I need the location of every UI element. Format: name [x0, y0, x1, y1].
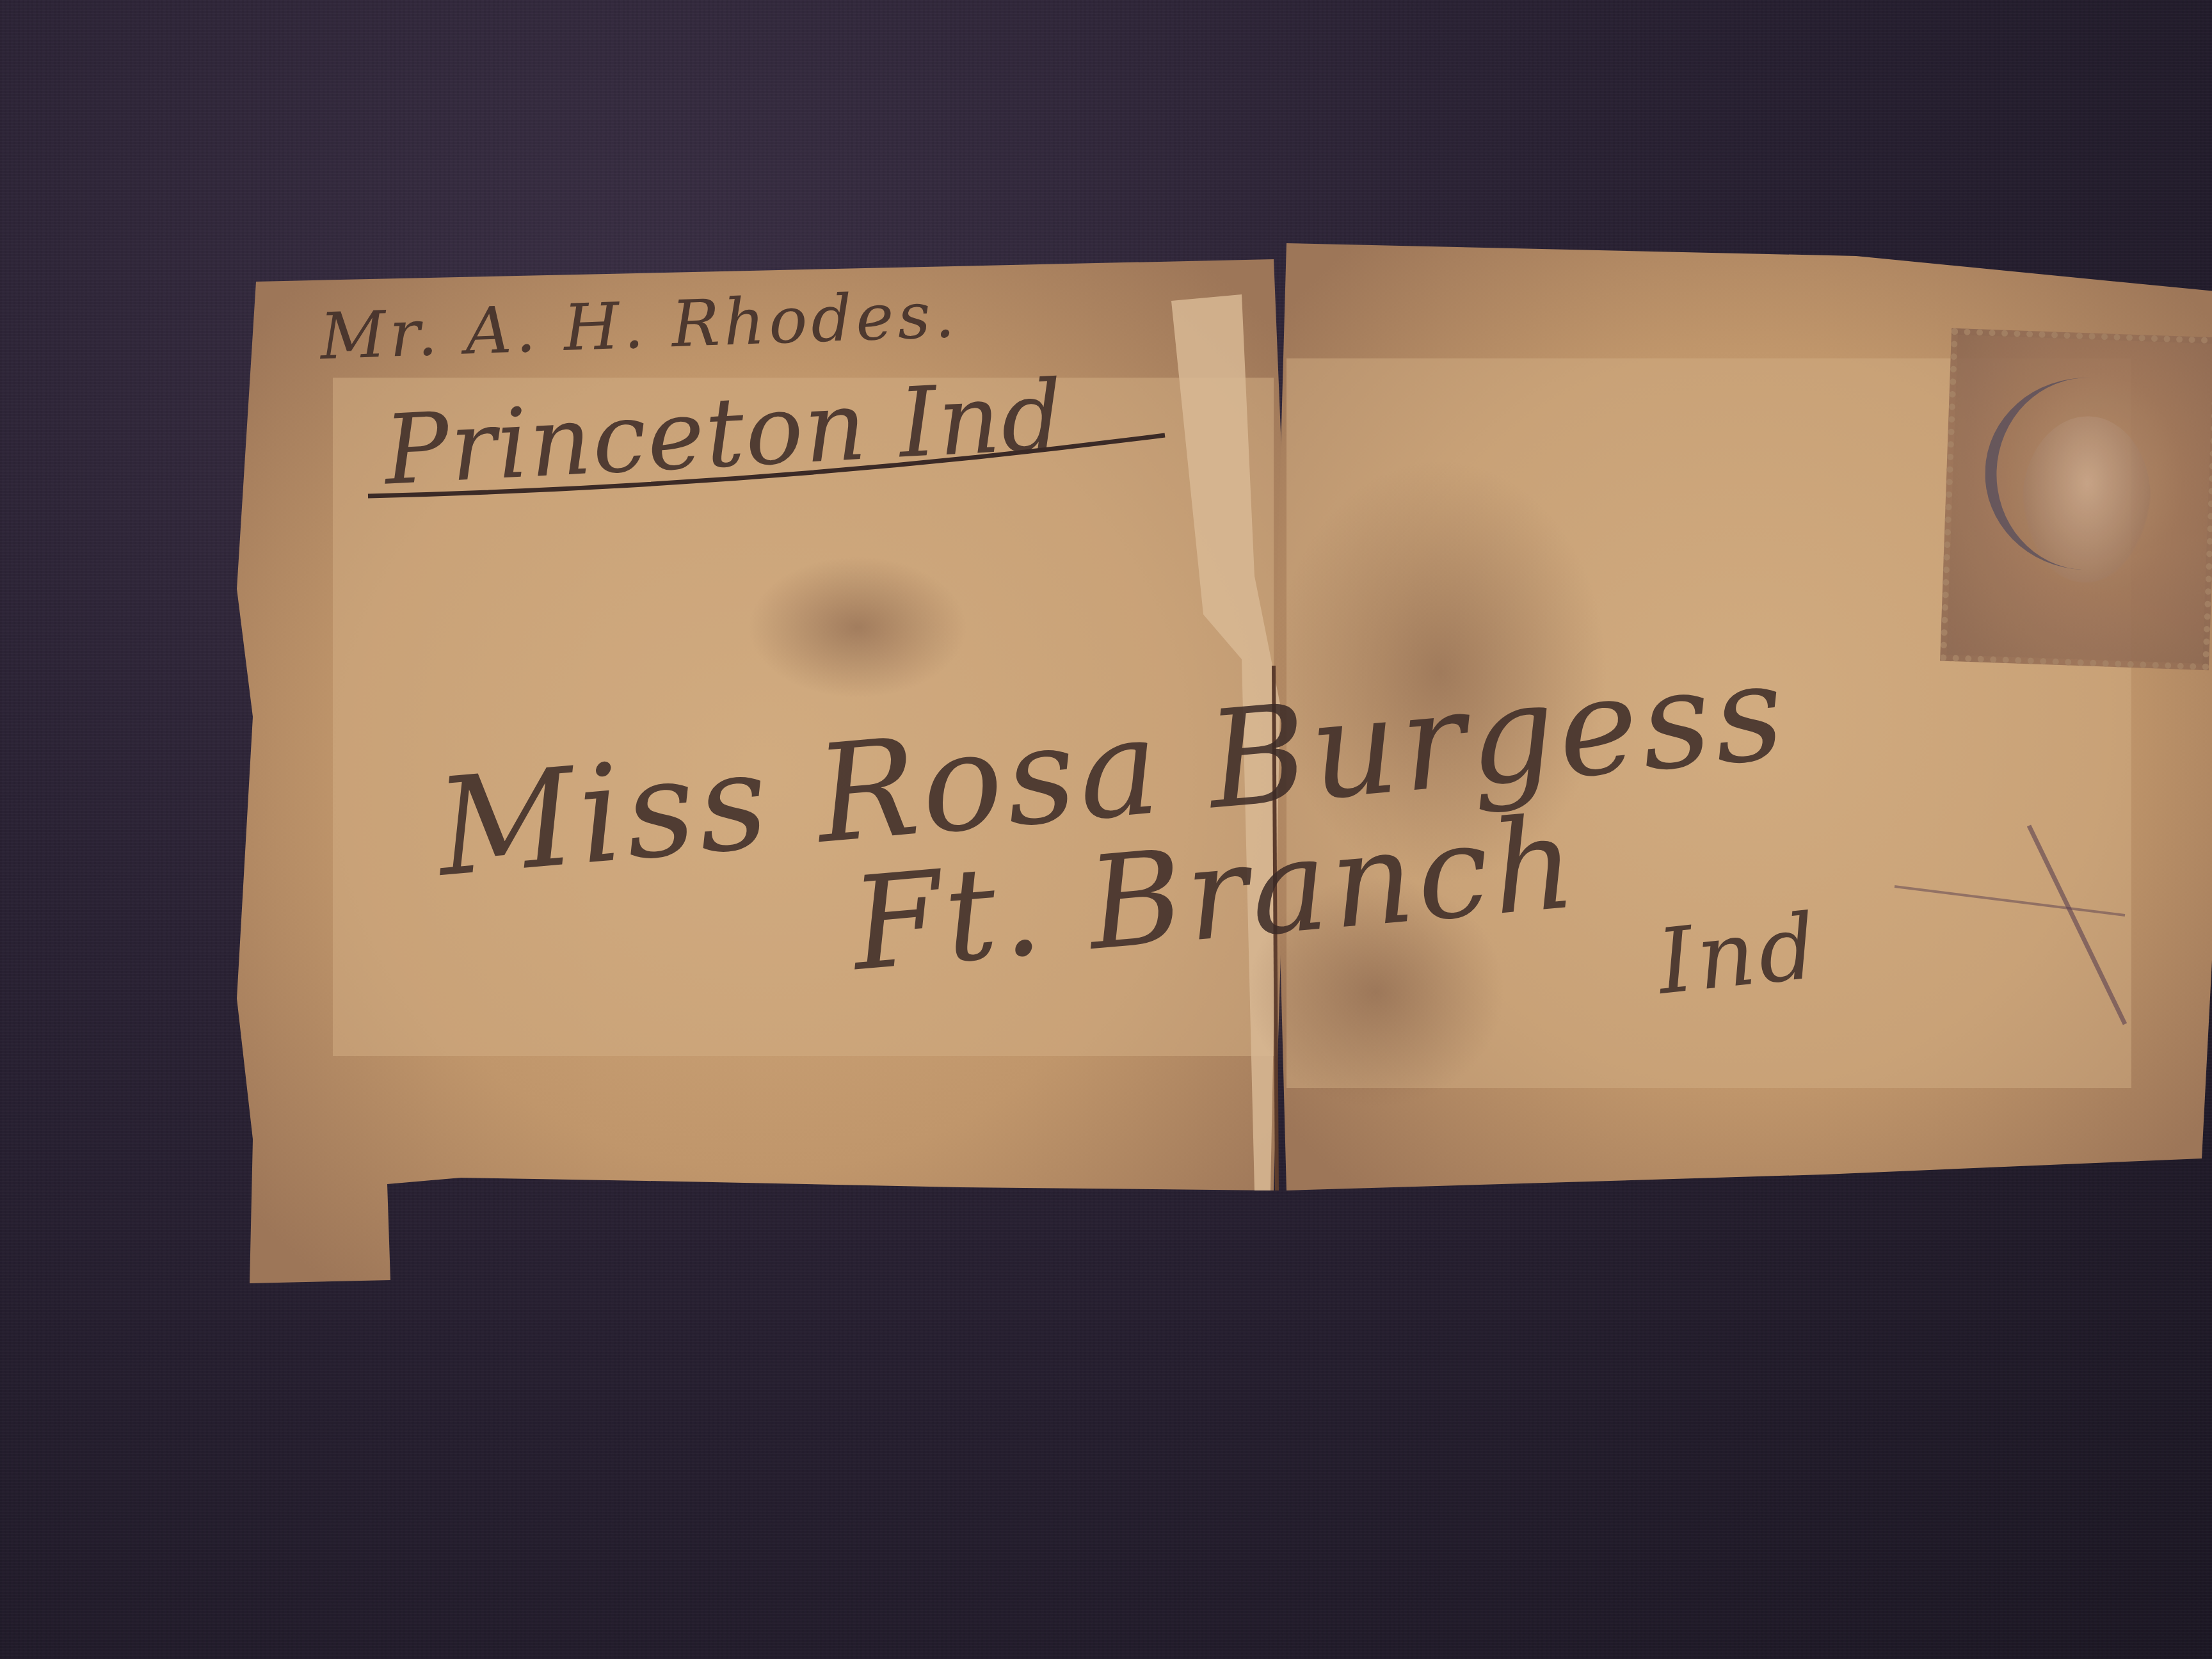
stain [749, 557, 966, 698]
recipient-state: Ind [1653, 894, 1825, 1015]
postmark-icon [1982, 374, 2192, 573]
postage-stamp [1940, 328, 2212, 670]
